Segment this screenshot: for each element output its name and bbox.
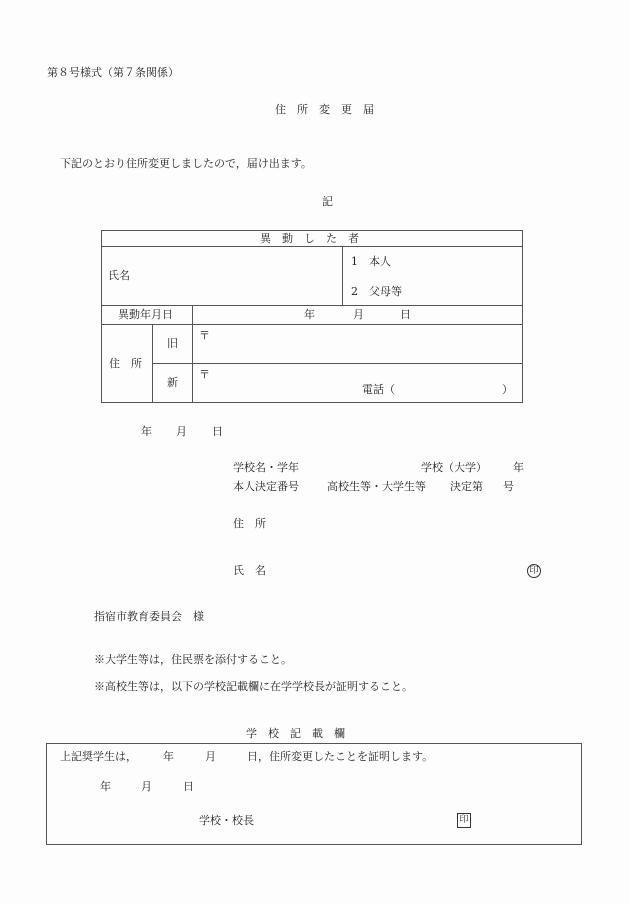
divider bbox=[101, 246, 523, 247]
name-field[interactable] bbox=[192, 250, 340, 303]
change-date-year: 年 bbox=[304, 309, 315, 320]
school-date-year: 年 bbox=[100, 781, 111, 792]
submit-month: 月 bbox=[176, 426, 187, 437]
cert-year: 年 bbox=[163, 751, 174, 762]
change-date-label: 異動年月日 bbox=[118, 309, 173, 320]
phone-close: ） bbox=[502, 384, 513, 395]
ki-label: 記 bbox=[322, 196, 333, 207]
phone-label: 電話（ bbox=[362, 384, 395, 395]
decision-number-label: 本人決定番号 bbox=[233, 481, 299, 492]
divider bbox=[342, 246, 343, 305]
divider bbox=[101, 324, 523, 325]
addressee: 指宿市教育委員会 様 bbox=[94, 611, 204, 622]
cert-month: 月 bbox=[205, 751, 216, 762]
cert-prefix: 上記奨学生は， bbox=[60, 751, 137, 762]
new-address-label: 新 bbox=[167, 377, 178, 388]
note-university: ※大学生等は，住民票を添付すること。 bbox=[94, 654, 292, 665]
postal-mark-old: 〒 bbox=[199, 330, 210, 341]
postal-mark-new: 〒 bbox=[199, 369, 210, 380]
applicant-name-label: 氏 名 bbox=[233, 565, 266, 576]
cert-suffix: 日，住所変更したことを証明します。 bbox=[247, 751, 433, 762]
intro-text: 下記のとおり住所変更しましたので，届け出ます。 bbox=[60, 158, 312, 169]
form-number: 第８号様式（第７条関係） bbox=[47, 67, 179, 78]
table-header: 異 動 し た 者 bbox=[260, 233, 359, 244]
decision-suffix: 号 bbox=[503, 481, 514, 492]
option-parent[interactable]: 2 父母等 bbox=[351, 286, 402, 297]
decision-prefix: 決定第 bbox=[450, 481, 483, 492]
name-label: 氏名 bbox=[108, 270, 130, 281]
seal-square-icon: 印 bbox=[457, 813, 471, 828]
address-label: 住 所 bbox=[109, 358, 142, 369]
submit-day: 日 bbox=[212, 426, 223, 437]
grade-suffix: 年 bbox=[513, 462, 524, 473]
principal-label: 学校・校長 bbox=[199, 815, 254, 826]
page-title: 住 所 変 更 届 bbox=[275, 104, 374, 115]
seal-circle-icon: 印 bbox=[527, 564, 541, 578]
divider bbox=[192, 305, 193, 403]
submit-year: 年 bbox=[141, 426, 152, 437]
option-self[interactable]: 1 本人 bbox=[351, 256, 391, 267]
change-date-month: 月 bbox=[353, 309, 364, 320]
school-suffix: 学校（大学） bbox=[421, 462, 487, 473]
decision-type: 高校生等・大学生等 bbox=[327, 481, 426, 492]
school-grade-label: 学校名・学年 bbox=[233, 462, 299, 473]
divider bbox=[152, 363, 523, 364]
old-address-label: 旧 bbox=[167, 338, 178, 349]
school-date-day: 日 bbox=[183, 781, 194, 792]
divider bbox=[152, 324, 153, 403]
applicant-address-label: 住 所 bbox=[233, 518, 266, 529]
note-highschool: ※高校生等は，以下の学校記載欄に在学学校長が証明すること。 bbox=[94, 681, 413, 692]
school-date-month: 月 bbox=[141, 781, 152, 792]
divider bbox=[101, 305, 523, 306]
change-date-day: 日 bbox=[400, 309, 411, 320]
school-section-title: 学 校 記 載 欄 bbox=[246, 728, 345, 739]
